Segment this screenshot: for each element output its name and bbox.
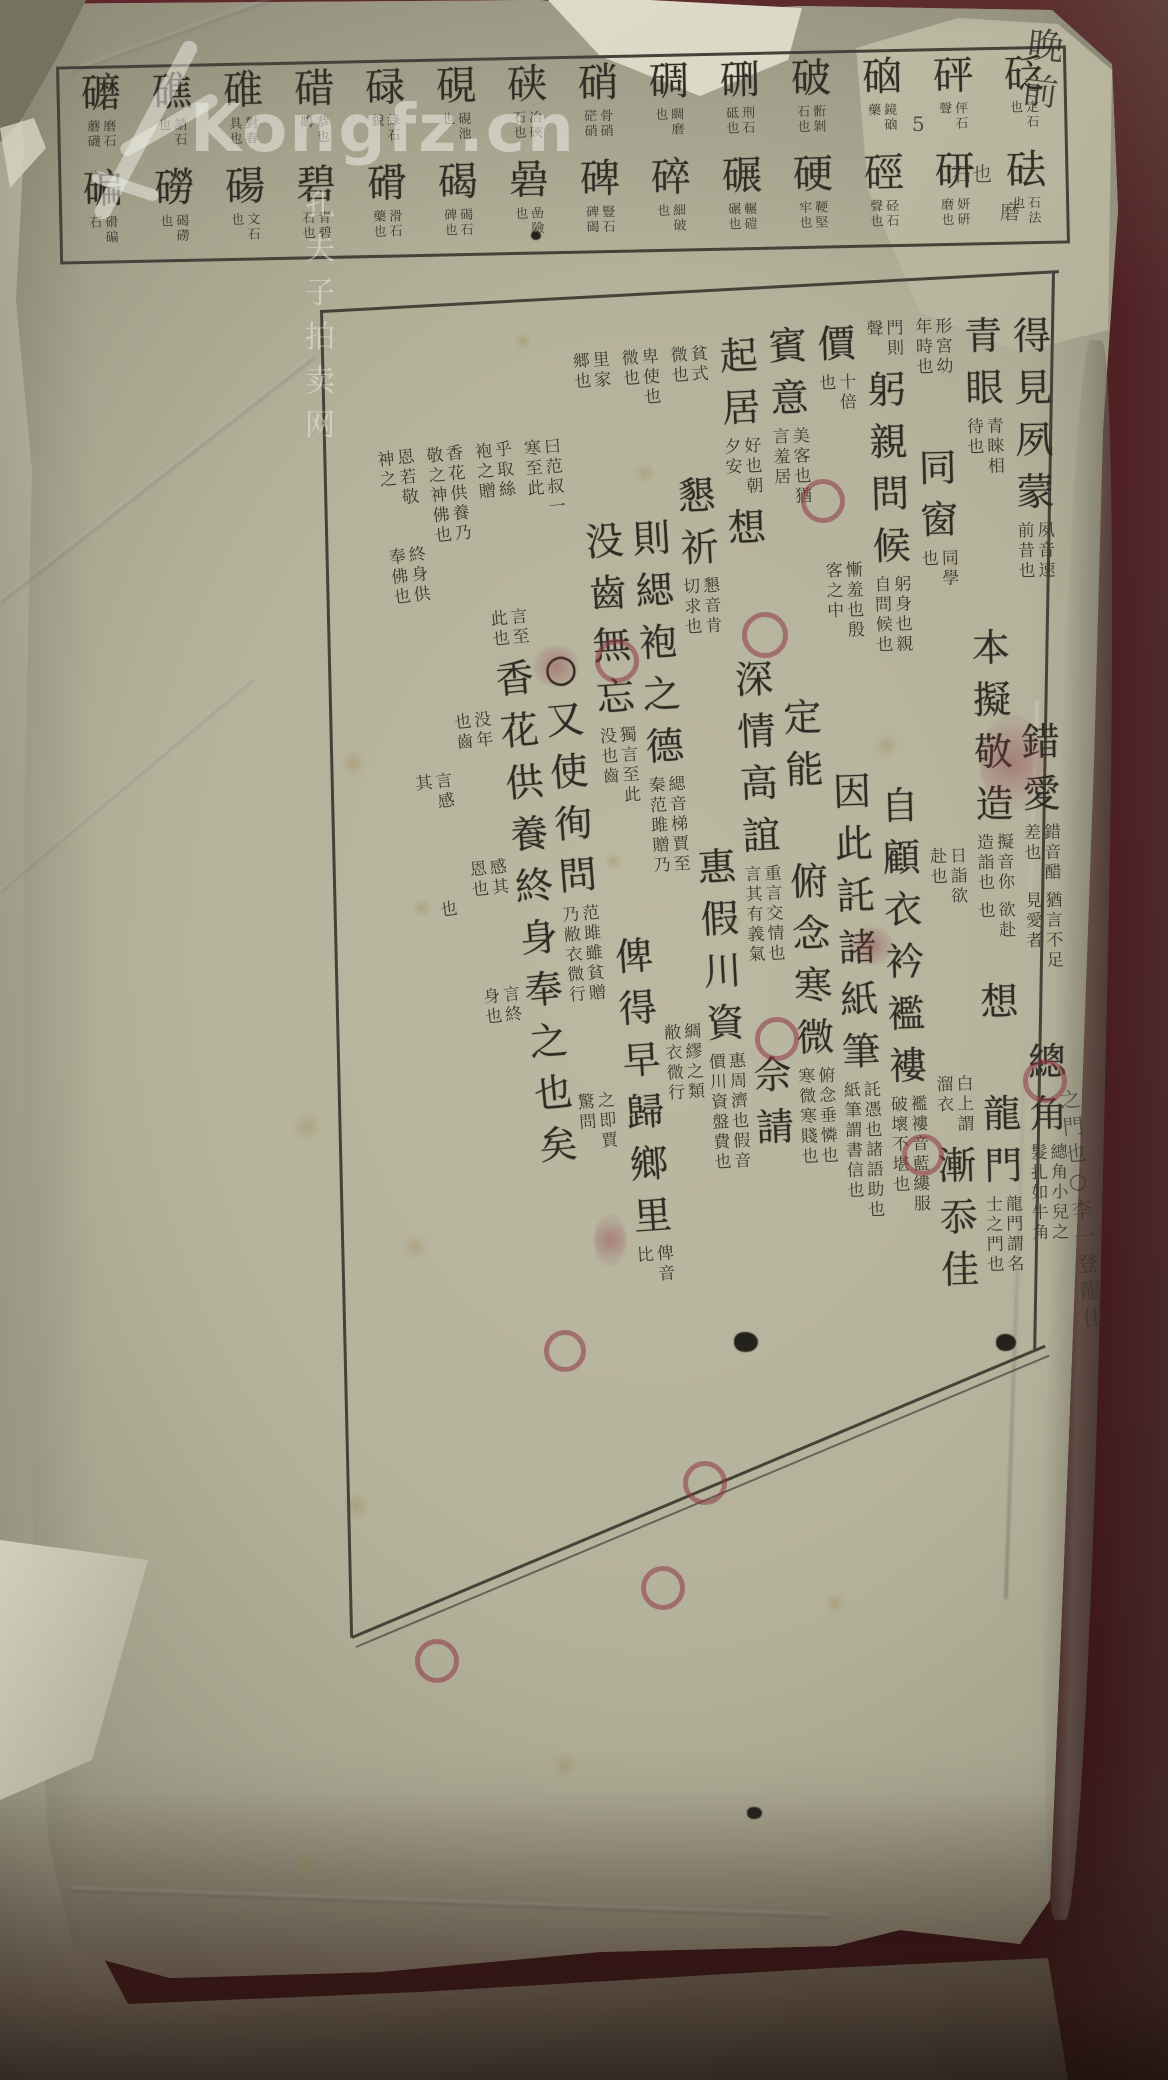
gloss-char: 也 [977, 901, 997, 921]
gloss-char: 佛 [430, 505, 452, 527]
gloss-char: 也 [483, 1006, 505, 1028]
column-gap [643, 413, 650, 513]
gloss-char: 雖 [583, 943, 605, 965]
entry-char: 衣 [883, 883, 923, 936]
gloss-left-subcolumn: 碾也 [727, 202, 744, 232]
gloss-left-subcolumn: 髮扎如牛角 [1029, 1143, 1051, 1243]
entry-char: 褸 [888, 1039, 928, 1092]
gloss-char: 使 [641, 367, 662, 388]
gloss-char: 謂 [844, 1121, 865, 1142]
gloss-char: 縷 [911, 1174, 932, 1195]
gloss-right-subcolumn: 同學 [940, 548, 961, 589]
double-column-gloss: 緦音梯賈至秦范雎贈乃 [646, 771, 693, 881]
column-gap [476, 756, 487, 856]
gloss-char: 碾 [727, 202, 743, 217]
gloss-char: 欲 [997, 900, 1017, 920]
vermilion-circle-mark [742, 612, 788, 658]
gloss-char: 也 [730, 1111, 751, 1132]
gloss-char: 微 [665, 1063, 686, 1084]
gloss-char: 類 [686, 1081, 707, 1102]
ink-blob [531, 231, 541, 240]
gloss-char: 也 [372, 225, 388, 240]
gloss-char: 里 [591, 350, 612, 371]
gloss-char: 也 [929, 867, 950, 888]
gloss-char: 衣 [663, 1043, 684, 1064]
gloss-char: 石 [796, 105, 812, 120]
entry-char: 候 [872, 519, 912, 572]
entry-char: 身 [518, 910, 561, 965]
gloss-left-subcolumn: 自問候也 [873, 575, 896, 656]
gloss-char: 俯 [816, 1066, 837, 1087]
gloss-char: 獨 [618, 725, 639, 746]
gloss-left-subcolumn: 也 [654, 108, 671, 138]
entry-char: 本 [971, 621, 1010, 674]
entry-char: 能 [785, 743, 825, 796]
entry-char: 青 [963, 310, 1002, 363]
gloss-right-subcolumn: 没年 [472, 709, 496, 751]
column-gap [454, 549, 472, 708]
gloss-char: 資 [709, 1092, 730, 1113]
gloss-right-subcolumn: 鞕堅 [814, 200, 831, 230]
gloss-char: 念 [817, 1086, 838, 1107]
gloss-char: 之 [475, 461, 497, 483]
gloss-char: 終 [406, 544, 428, 566]
gloss-left-subcolumn: 差也 [1022, 823, 1043, 883]
entry-char: 躬 [867, 363, 907, 416]
entry-char: 得 [617, 981, 659, 1036]
gloss-char: 石 [1026, 196, 1042, 211]
gloss-char: 音 [1036, 541, 1056, 561]
gloss-char: 宮 [934, 336, 955, 357]
gloss-char: 造 [975, 833, 995, 853]
gloss-char: 叔 [545, 476, 567, 498]
column-gap [846, 646, 851, 766]
gloss-char: 也 [712, 1152, 733, 1173]
gloss-char: 睞 [986, 436, 1006, 456]
entry-char: 深 [734, 653, 774, 707]
vermilion-circle-mark [683, 1461, 727, 1505]
gloss-char: 身 [893, 594, 914, 615]
gloss-left-subcolumn: 見愛者 [1024, 891, 1046, 971]
gloss-char: 美 [791, 426, 812, 447]
gloss-char: 懇 [701, 576, 722, 597]
gloss-char: 也 [443, 223, 459, 238]
column-gap [593, 396, 603, 516]
entry-gloss: 細破也 [636, 200, 708, 239]
gloss-char: 也 [670, 365, 691, 386]
gloss-right-subcolumn: 之即賈 [595, 1090, 620, 1151]
gloss-right-subcolumn: 十倍 [837, 372, 858, 413]
double-column-gloss: 没年也齒 [452, 706, 497, 758]
gloss-char: 殷 [846, 620, 867, 641]
gloss-right-subcolumn: 刑石 [741, 106, 758, 136]
gloss-char: 范 [543, 456, 565, 478]
gloss-right-subcolumn: 青睞相 [985, 416, 1006, 476]
entry-char: 里 [632, 1188, 674, 1243]
gloss-char: 硝 [599, 124, 615, 139]
gloss-right-subcolumn: 也 [438, 899, 460, 921]
gloss-char: 謂 [956, 1114, 977, 1135]
gloss-right-subcolumn: 石法 [1026, 196, 1043, 226]
gloss-char: 聲 [865, 319, 886, 340]
gloss-char: 此 [488, 608, 510, 630]
gloss-right-subcolumn: 滑石 [388, 209, 405, 239]
gloss-char: 青 [985, 416, 1005, 436]
gloss-right-subcolumn: 硁石 [884, 199, 901, 229]
gloss-char: 肯 [703, 616, 724, 637]
gloss-char: 費 [711, 1132, 732, 1153]
entry-char: 誼 [741, 809, 781, 863]
gloss-char: 親 [895, 634, 916, 655]
gloss-char: 滑 [388, 209, 404, 224]
entry-char: 問 [557, 848, 599, 903]
column-gap [1045, 976, 1047, 1036]
entry-char: 緦 [634, 563, 675, 617]
gloss-char: 也 [432, 525, 454, 547]
gloss-char: 之 [426, 465, 448, 487]
gloss-char: 至 [620, 764, 641, 785]
column-gap [998, 946, 1000, 976]
double-column-gloss: 香花供養乃敬之神佛也 [424, 440, 475, 552]
gloss-right-subcolumn: 碣石 [459, 208, 476, 238]
gloss-char: 贈 [477, 481, 499, 503]
gloss-char: 神 [375, 449, 397, 471]
gloss-right-subcolumn: 里家 [591, 350, 614, 391]
entry-char: 漸 [938, 1139, 977, 1192]
red-ink-stain [980, 714, 1044, 810]
watermark-brand-text: Kongfz.cn [190, 90, 576, 167]
double-column-gloss: 白上謂溜衣 [935, 1071, 977, 1140]
entry-char: 矣 [537, 1117, 580, 1172]
gloss-char: 髮 [1029, 1143, 1049, 1163]
gloss-char: 賈 [670, 834, 691, 855]
double-column-gloss: 同學也 [920, 545, 961, 594]
gloss-char: 范 [580, 903, 602, 925]
gloss-char: 也 [727, 217, 743, 232]
gloss-right-subcolumn: 好也朝 [743, 436, 766, 497]
gloss-char: 没 [598, 726, 619, 747]
gloss-char: 其 [489, 877, 511, 899]
gloss-char: 言 [764, 883, 785, 904]
vermilion-circle-mark [801, 479, 845, 523]
gloss-left-subcolumn: 砥也 [725, 106, 742, 136]
entry-char: 蒙 [1016, 466, 1055, 519]
gloss-char: 也 [490, 628, 512, 650]
gloss-char: 磑 [743, 217, 759, 232]
gloss-char: 此 [622, 784, 643, 805]
gloss-char: 石 [388, 224, 404, 239]
entry-character: 砝 [990, 147, 1062, 194]
gloss-char: 曰 [542, 436, 564, 458]
gloss-char: 語 [865, 1160, 886, 1181]
gloss-char: 破 [889, 1095, 910, 1116]
gloss-char: 没 [472, 709, 494, 731]
gloss-char: 形 [934, 316, 955, 337]
gloss-char: 豎 [601, 205, 617, 220]
gloss-right-subcolumn: 擬音你 [995, 832, 1016, 892]
gloss-left-subcolumn: 也 [977, 901, 998, 941]
gloss-char: 式 [690, 364, 711, 385]
entry-character: 碎 [635, 154, 707, 201]
column-gap [935, 382, 938, 442]
gloss-char: 之 [377, 469, 399, 491]
gloss-char: 也 [1017, 561, 1037, 581]
gloss-left-subcolumn: 磨也 [939, 198, 956, 228]
gloss-char: 感 [487, 857, 509, 879]
entry-gloss: 嵒險也 [494, 203, 566, 242]
entry-char: 資 [705, 996, 746, 1050]
gloss-char: 硁 [884, 199, 900, 214]
gloss-char: 磨 [939, 198, 955, 213]
gloss-left-subcolumn: 待也 [965, 417, 986, 477]
gloss-char: 紙 [842, 1081, 863, 1102]
gloss-char: 信 [845, 1160, 866, 1181]
gloss-char: 也 [514, 207, 530, 222]
entry-char: 問 [870, 467, 910, 520]
double-column-gloss: 青睞相待也 [965, 413, 1007, 482]
gloss-char: 服 [912, 1194, 933, 1215]
double-column-gloss: 夙音速前昔也 [1016, 518, 1057, 587]
entry-char: 香 [494, 651, 537, 706]
gloss-left-subcolumn: 硭硝 [583, 109, 600, 139]
gloss-char: 名 [1006, 1254, 1026, 1274]
gloss-char: 切 [681, 577, 702, 598]
gloss-char: 昔 [1016, 541, 1036, 561]
column-gap [1000, 1028, 1002, 1088]
entry-char: 想 [980, 975, 1019, 1028]
column-gap [941, 594, 949, 844]
column-gap [588, 1009, 596, 1089]
entry-char: 齒 [587, 566, 629, 621]
double-column-gloss: 俾音比 [635, 1240, 678, 1291]
gloss-char: 也 [891, 1175, 912, 1196]
gloss-char: 行 [666, 1083, 687, 1104]
gloss-char: 家 [592, 370, 613, 391]
entry-char: 花 [498, 703, 541, 758]
gloss-left-subcolumn: 也 [920, 549, 941, 590]
gloss-left-subcolumn: 牢也 [798, 201, 815, 231]
gloss-char: 石 [885, 214, 901, 229]
vermilion-circle-mark [595, 639, 639, 683]
gloss-char: 筆 [843, 1101, 864, 1122]
gloss-char: 碣 [585, 220, 601, 235]
gloss-char: 砥 [725, 106, 741, 121]
gloss-char: 微 [565, 964, 587, 986]
entry-character: 碉 [633, 58, 705, 105]
gloss-char: 也 [864, 1120, 885, 1141]
gloss-char: 硝 [583, 124, 599, 139]
gloss-char: 也 [796, 120, 812, 135]
gloss-char: 盤 [710, 1112, 731, 1133]
gloss-char: 欲 [949, 886, 970, 907]
loose-character-fragment: 石也 [952, 158, 992, 187]
gloss-right-subcolumn: 言至 [508, 606, 532, 648]
gloss-char: 自 [873, 575, 894, 596]
gloss-char: 年 [914, 317, 935, 338]
gloss-char: 刑 [741, 106, 757, 121]
gloss-char: 比 [635, 1245, 656, 1266]
gloss-right-subcolumn: 乎取絲 [493, 439, 518, 501]
gloss-char: 問 [873, 595, 894, 616]
entry-char: 窗 [920, 493, 959, 546]
gloss-char: 謂 [1005, 1234, 1025, 1254]
entry-char: 情 [736, 705, 776, 759]
gloss-left-subcolumn: 藥也 [372, 210, 389, 240]
gloss-right-subcolumn: 骨硝 [599, 109, 616, 139]
gloss-char: 骨 [599, 109, 615, 124]
glossary-entry: 碑豎石碑碣 [564, 155, 637, 250]
foxing-spot [292, 1852, 316, 1876]
gloss-right-subcolumn: 貧式 [689, 344, 711, 385]
gloss-char: 破 [672, 218, 688, 233]
glossary-entry: 碉睭磨也 [633, 58, 706, 153]
gloss-char: 秦 [647, 775, 668, 796]
entry-gloss: 䯒剝石也 [776, 101, 848, 140]
gloss-char: 堅 [814, 215, 830, 230]
entry-char: 價 [816, 317, 856, 370]
gloss-char: 身 [409, 564, 431, 586]
gloss-char: 川 [708, 1072, 729, 1093]
gloss-char: 硇 [883, 118, 899, 133]
gloss-char: 嵒 [530, 206, 546, 221]
entry-char: 早 [621, 1033, 663, 1088]
gloss-char: 貧 [689, 344, 710, 365]
double-column-gloss: 也 [438, 896, 461, 926]
entry-char: 俯 [789, 855, 829, 908]
gloss-right-subcolumn: 伻石 [953, 101, 970, 131]
entry-char: 忝 [939, 1191, 978, 1244]
red-ink-stain [851, 927, 893, 965]
gloss-char: 足 [1045, 950, 1065, 970]
gloss-char: 音 [732, 1151, 753, 1172]
double-column-gloss: 懇音肯切求也 [681, 573, 725, 643]
gloss-char: 雎 [649, 815, 670, 836]
gloss-char: 學 [941, 568, 962, 589]
gloss-char: 恩 [395, 447, 417, 469]
gloss-char: 愛 [1024, 911, 1044, 931]
entry-char: 微 [795, 1011, 835, 1064]
gloss-char: 倍 [838, 392, 859, 413]
double-column-gloss: 猶言不足見愛者 [1024, 887, 1066, 976]
gloss-char: 龍 [1004, 1194, 1024, 1214]
gloss-char: 氣 [746, 944, 767, 965]
gloss-right-subcolumn: 日詣欲 [948, 846, 970, 907]
gloss-left-subcolumn: 比 [635, 1245, 658, 1286]
gloss-char: 如 [1030, 1183, 1050, 1203]
gloss-char: 碣 [459, 208, 475, 223]
glossary-entry: 硜硁石聲也 [848, 150, 921, 245]
gloss-char: 客 [824, 561, 845, 582]
gloss-char: 門 [885, 318, 906, 339]
double-column-gloss: 言感其 [413, 767, 458, 819]
column-gap [492, 903, 501, 983]
double-column-gloss: 言終身也 [480, 981, 525, 1033]
gloss-char: 硏 [956, 212, 972, 227]
gloss-right-subcolumn: 輾磑 [743, 202, 760, 232]
gloss-char: 也 [920, 549, 941, 570]
gloss-char: 賈 [599, 1130, 621, 1152]
gloss-char: 詣 [949, 866, 970, 887]
gloss-char: 貧 [585, 963, 607, 985]
entry-character: 硇 [846, 54, 918, 101]
column-gap [704, 642, 716, 842]
gloss-right-subcolumn: 感其 [487, 857, 511, 899]
column-gap [950, 912, 955, 1072]
entry-char: 親 [869, 415, 909, 468]
gloss-char: 石 [601, 220, 617, 235]
gloss-char: 好 [743, 436, 764, 457]
entry-char: 俾 [613, 929, 655, 984]
gloss-char: 音 [702, 596, 723, 617]
gloss-char: 前 [1016, 521, 1036, 541]
double-column-gloss: 乎取絲袍之贈 [473, 436, 519, 507]
gloss-char: 微 [669, 345, 690, 366]
gloss-char: 也 [866, 1200, 887, 1221]
entry-gloss: 豎石碑碣 [565, 201, 637, 240]
gloss-char: 牛 [1030, 1203, 1050, 1223]
gloss-char: 惠 [727, 1051, 748, 1072]
gloss-char: 赴 [928, 847, 949, 868]
foxing-spot [292, 1112, 322, 1142]
gloss-left-subcolumn: 赴也 [928, 847, 950, 908]
gloss-char: 角 [1031, 1223, 1051, 1243]
gloss-char: 磨 [670, 122, 686, 137]
gloss-char: 也 [869, 214, 885, 229]
gloss-char: 見 [1024, 891, 1044, 911]
entry-gloss: 碣石碑也 [423, 204, 495, 243]
gloss-char: 石 [741, 121, 757, 136]
column-gap [895, 660, 900, 780]
gloss-char: 時 [914, 337, 935, 358]
gloss-char: 周 [728, 1071, 749, 1092]
entry-char: 想 [727, 501, 767, 555]
gloss-char: 相 [986, 456, 1006, 476]
loose-character-fragment: 磨 [1000, 196, 1020, 225]
gloss-char: 鞕 [814, 200, 830, 215]
double-column-gloss: 欲赴也 [977, 897, 1018, 946]
glossary-entry: 碞嵒險也 [493, 157, 566, 252]
gloss-char: 聲 [869, 199, 885, 214]
gloss-char: 也 [766, 943, 787, 964]
gloss-char: 你 [996, 872, 1016, 892]
gloss-char: 寒 [796, 1066, 817, 1087]
gloss-right-subcolumn: 卑使也 [640, 347, 664, 408]
double-column-gloss: 貧式微也 [669, 341, 712, 391]
entry-char: 德 [644, 719, 685, 773]
double-column-gloss: 曰范叔一寒至此 [522, 433, 569, 524]
gloss-char: 也 [438, 899, 460, 921]
gloss-char: 音 [996, 852, 1016, 872]
entry-char: 之 [641, 667, 682, 721]
entry-char: 佳 [940, 1243, 979, 1296]
glossary-entry: 碎細破也 [635, 154, 708, 249]
double-column-gloss: 終身供奉佛也 [386, 541, 434, 613]
entry-char: 没 [584, 514, 626, 569]
gloss-left-subcolumn: 碑也 [443, 208, 460, 238]
gloss-left-subcolumn: 也 [656, 204, 673, 234]
entry-gloss: 鞕堅牢也 [778, 197, 850, 236]
gloss-char: 差 [1022, 823, 1042, 843]
gloss-char: 壞 [890, 1115, 911, 1136]
gloss-char: 同 [940, 548, 961, 569]
gloss-char: 幼 [935, 356, 956, 377]
gloss-char: 言 [433, 770, 455, 792]
entry-gloss: 硁石聲也 [849, 196, 921, 235]
gloss-char: 中 [825, 601, 846, 622]
gloss-char: 雎 [582, 923, 604, 945]
gloss-char: 憐 [819, 1126, 840, 1147]
gloss-char: 藥 [866, 103, 882, 118]
